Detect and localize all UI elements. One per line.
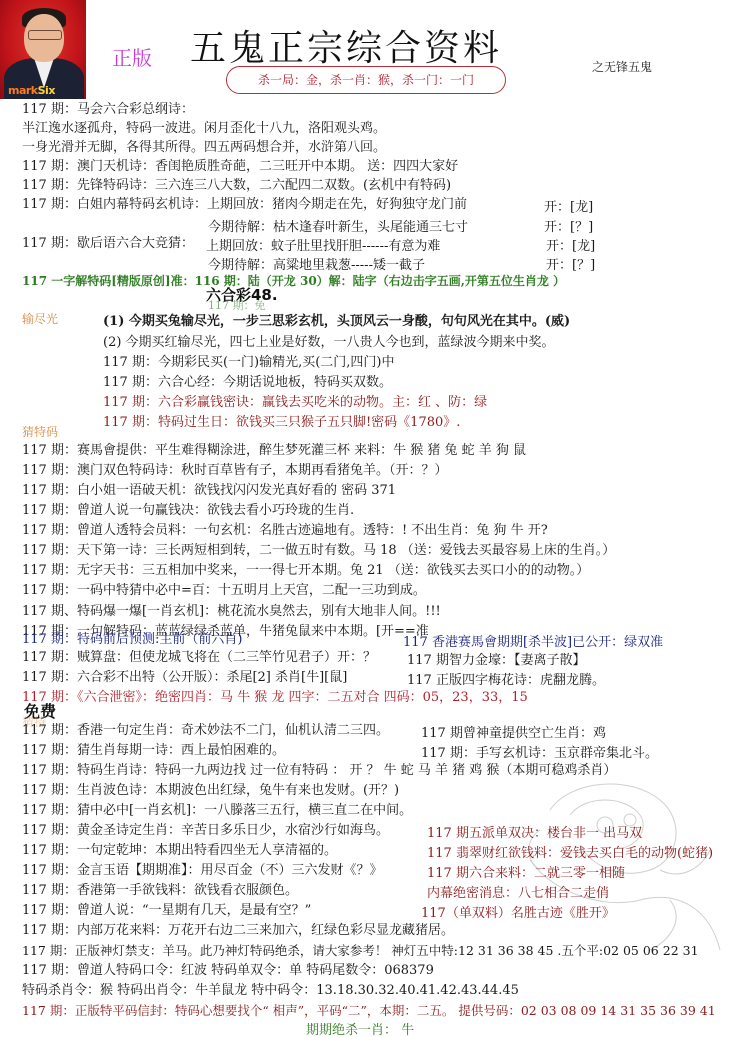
s1-line-5: 117 期：先锋特码诗：三六连三八大数，二六配四二双数。(玄机中有特码) <box>22 177 451 194</box>
s1-line-6-result: 开：[龙] <box>544 196 593 215</box>
kill-box: 杀一局：金，杀一肖：猴，杀一门：一门 <box>226 66 506 94</box>
s4-line-7-right: 117 翡翠财红欲钱料：爱钱去买白毛的动物(蛇猪) <box>427 842 713 861</box>
s3-line-5: 117 期：曾道人透特会员料：一句玄机：名胜古迹遍地有。透特：! 不出生肖：兔 … <box>22 522 548 539</box>
s1-line-8-result: 开：[龙] <box>546 235 595 254</box>
s3-line-13: 117 期：六合彩不出特（公开版）：杀尾[2] 杀肖[牛][鼠] <box>22 669 347 686</box>
s4-line-8: 117 期：金言玉语【期期准】：用尽百金（不）三六发财《？》 <box>22 862 382 879</box>
photo-glasses <box>28 30 62 40</box>
s1-line-7: 今期待解：枯木逢春叶新生，头尾能通三七寸 <box>208 216 468 235</box>
s3-line-11-right: 117 香港赛馬會期期[杀半波]已公开：绿双准 <box>403 631 663 650</box>
s2-line-2: (2) 今期买红输尽光，四七上业是好数，一八贵人今也到，蓝绿波今期来中奖。 <box>103 331 555 350</box>
s4-line-14: 特码杀肖令：猴 特码出肖令：牛羊鼠龙 特中码令：13.18.30.32.40.4… <box>22 982 519 999</box>
edition-badge: 正版 <box>112 42 152 71</box>
s1-line-6: 117 期：白姐内幕特码玄机诗：上期回放：猪肉今期走在先，好狗独守龙门前 <box>22 196 467 213</box>
s4-line-11: 117 期：内部万花来料：万花开右边二三来加六，红绿色彩尽显龙藏猪居。 <box>22 922 454 939</box>
s2-line-3: 117 期：今期彩民买(一门)输精光,买(二门,四门)中 <box>103 351 395 370</box>
s3-line-6: 117 期：天下第一诗：三长两短相到转，二一做五时有数。马 18 （送：爱钱去买… <box>22 542 615 559</box>
s4-line-5: 117 期：猜中必中[一肖玄机]：一八滕落三五行，横三直二在中间。 <box>22 802 412 819</box>
s4-line-1-right: 117 期曾神童提供空亡生肖：鸡 <box>421 722 606 741</box>
s4-line-8-right: 117 期六合来料：二就三零一相随 <box>427 862 625 881</box>
s4-line-2: 117 期：猜生肖每期一诗：西上最怕困难的。 <box>22 742 285 759</box>
s3-line-9: 117 期、特码爆一爆[一肖玄机]：桃花流水臭然去，别有大地非人间。!!! <box>22 603 441 620</box>
s1-line-1: 117 期：马会六合彩总纲诗： <box>22 101 194 118</box>
s1-line-4: 117 期：澳门天机诗：香闺艳质胜奇葩，二三旺开中本期。 送：四四大家好 <box>22 158 458 175</box>
s3-line-4: 117 期：曾道人说一句赢钱决：欲钱去看小巧玲珑的生肖. <box>22 502 354 519</box>
s3-line-11: 117 期：特码前后预测:主前（前六肖) <box>22 631 242 648</box>
s1-one-word-clue: 117 一字解特码[精版原创]准：116 期：陆（开龙 30）解：陆字（右边击字… <box>22 273 565 290</box>
s4-line-13: 117 期：曾道人特码口令：红波 特码单双令：单 特码尾数令：068379 <box>22 962 434 979</box>
section-label-lose-all: 输尽光 <box>22 310 58 327</box>
s3-line-2: 117 期：澳门双色特码诗：秋时百草皆有子，本期再看猪兔羊。（开：？） <box>22 462 447 479</box>
s4-line-6: 117 期：黄金圣诗定生肖：辛苦日多乐日少，水宿沙行如海鸟。 <box>22 822 389 839</box>
s1-line-2: 半江逸水逐孤舟，特码一波进。闲月歪化十八九，洛阳观头鸡。 <box>22 120 386 137</box>
author-photo: markSix <box>0 0 86 99</box>
s1-line-3: 一身光滑并无脚，各得其所得。四五两码想合并，水浒第八回。 <box>22 139 386 156</box>
s2-line-4: 117 期：六合心经：今期话说地板，特码买双数。 <box>103 371 392 390</box>
s4-line-10: 117 期：曾道人说：“一星期有几天，是最有空？” <box>22 902 311 919</box>
s1-line-8-body: 上期回放：蚊子肚里找肝胆------有意为难 <box>206 235 440 254</box>
s4-line-9: 117 期：香港第一手欲钱料：欲钱看衣服颜色。 <box>22 882 298 899</box>
s1-line-9-result: 开：[？] <box>546 254 595 273</box>
s4-line-12: 117 期：正版神灯禁支：羊马。此乃神灯特码绝杀，请大家参考！ 神灯五中特:12… <box>22 942 699 959</box>
marksix-logo: markSix <box>8 84 55 97</box>
logo-part-b: Six <box>38 84 55 97</box>
page-title: 五鬼正宗综合资料 <box>190 20 502 71</box>
s2-line-5: 117 期：六合彩赢钱密诀：赢钱去买吃米的动物。主：红 、防：绿 <box>103 391 487 410</box>
s4-line-10-right: 117（单双料）名胜古迹《胜开》 <box>421 902 615 921</box>
author-name: 之无锋五鬼 <box>592 58 652 75</box>
s3-line-12: 117 期：贼算盘：但使龙城飞将在（二三竿竹见君子）开：？ <box>22 649 376 666</box>
s3-line-8: 117 期：一码中特猜中必中=百：十五明月上天宫，二配一三功到成。 <box>22 582 426 599</box>
s3-line-3: 117 期：白小姐一语破天机：欲钱找闪闪发光真好看的 密码 371 <box>22 482 396 499</box>
logo-part-a: mark <box>8 84 38 97</box>
s1-line-9: 今期待解：高粱地里栽葱-----矮一截子 <box>208 254 425 273</box>
s4-line-3: 117 期：特码生肖诗：特码一九两边找 过一位有特码 ： 开 ？ 牛 蛇 马 羊… <box>22 762 616 779</box>
s3-line-14: 117 期：《六合泄密》：绝密四肖：马 牛 猴 龙 四字：二五对合 四码：05，… <box>22 689 528 706</box>
s1-line-8: 117 期：歇后语六合大竞猜： <box>22 235 194 252</box>
s4-line-1: 117 期：香港一句定生肖：奇术妙法不二门，仙机认清二三四。 <box>22 722 389 739</box>
s3-line-12-right: 117 期智力金壕：【妻离子散】 <box>407 649 585 668</box>
s3-line-7: 117 期：无字天书：三五相加中奖来，一一得七开本期。兔 21 （送：欲钱买去买… <box>22 562 589 579</box>
s4-line-9-right: 内幕绝密消息：八七相合二走俏 <box>427 882 609 901</box>
s4-line-4: 117 期：生肖波色诗：本期波色出红绿，兔牛有来也发财。(开？) <box>22 782 399 799</box>
s3-line-13-right: 117 正版四字梅花诗：虎翻龙腾。 <box>407 669 605 688</box>
s3-line-1: 117 期：赛馬會提供：平生难得糊涂进，醉生梦死灌三杯 来料：牛 猴 猪 兔 蛇… <box>22 442 526 459</box>
s4-line-15: 117 期：正版特平码信封：特码心想要找个“ 相声”，平码“二”，本期：二五。 … <box>22 1002 716 1019</box>
s4-line-7: 117 期：一句定乾坤：本期出特看四坐无人享清福的。 <box>22 842 337 859</box>
s4-line-6-right: 117 期五派单双决：楼台非一 出马双 <box>427 822 642 841</box>
s2-line-6: 117 期：特码过生日：欲钱买三只猴子五只脚!密码《1780》. <box>103 411 460 430</box>
s4-line-2-right: 117 期：手写玄机诗：玉京群帝集北斗。 <box>421 742 658 761</box>
section-label-guess-code: 猜特码 <box>22 423 58 440</box>
s4-line-16: 期期绝杀一肖： 牛 <box>306 1019 414 1037</box>
s2-line-1: (1) 今期买兔输尽光，一步三思彩玄机，头顶风云一身酸，句句风光在其中。(威) <box>103 310 570 329</box>
s1-line-7-result: 开：[？] <box>544 216 593 235</box>
kill-box-text: 杀一局：金，杀一肖：猴，杀一门：一门 <box>227 71 505 88</box>
